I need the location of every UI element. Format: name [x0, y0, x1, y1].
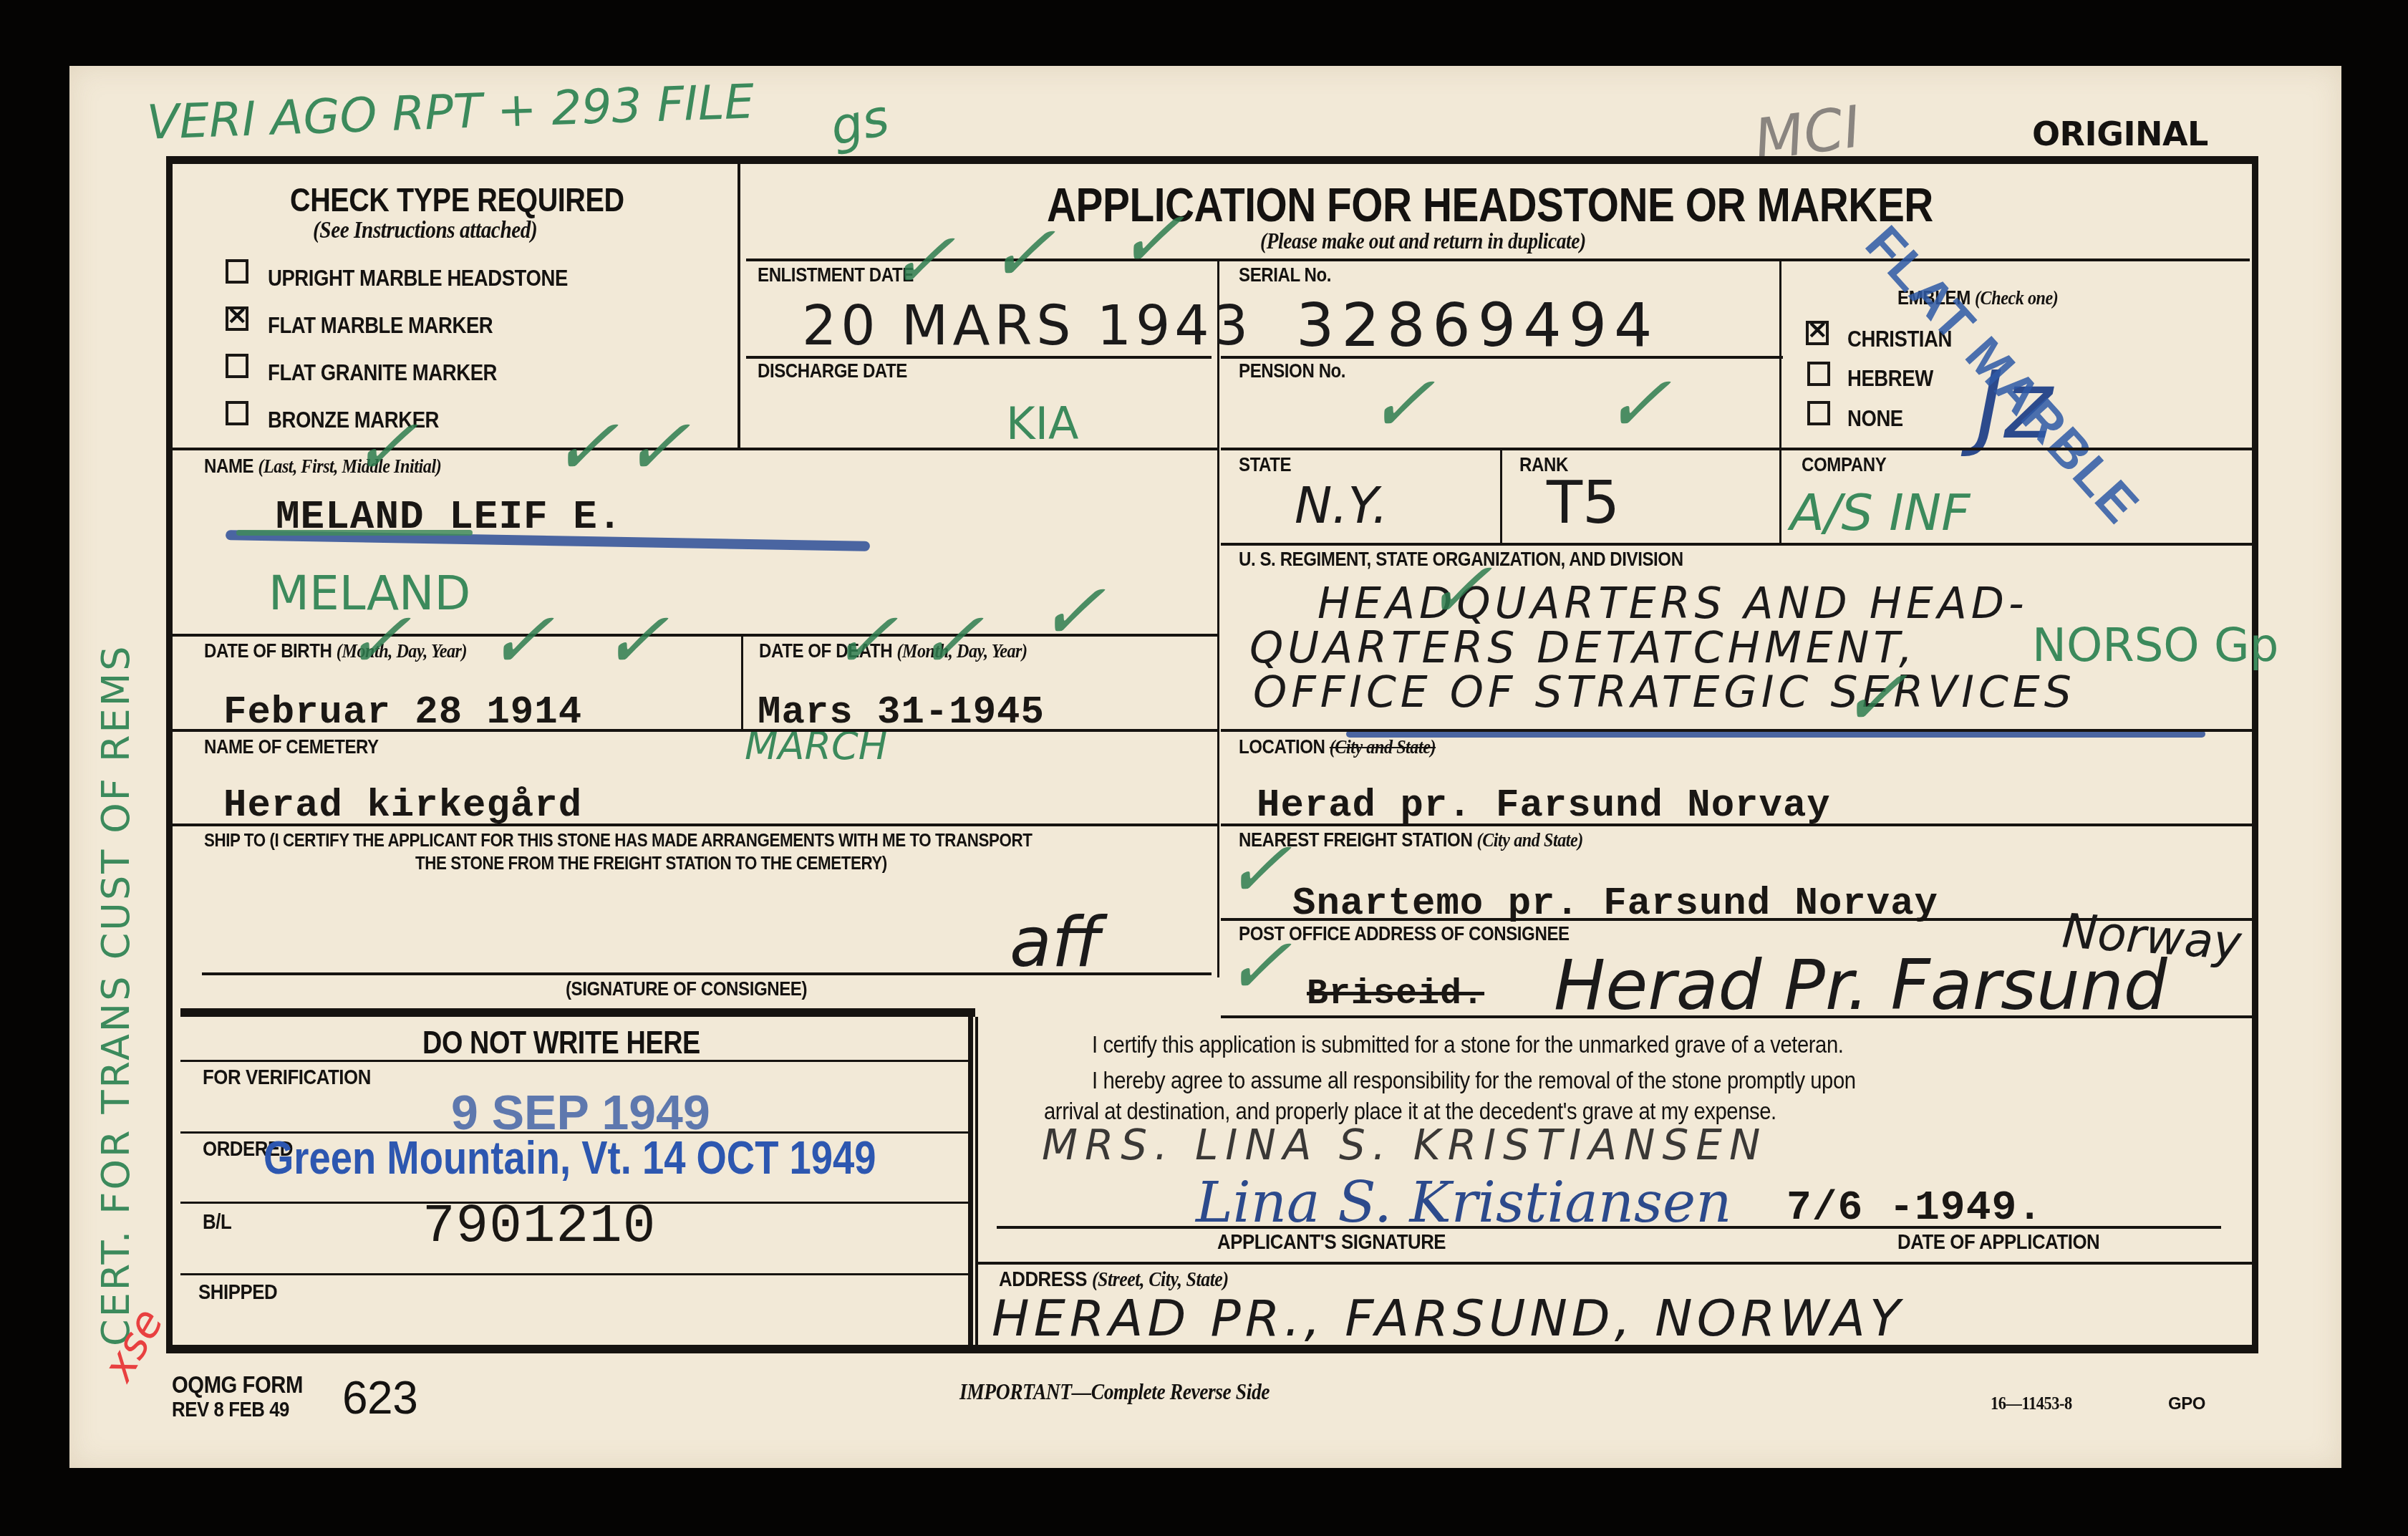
shipped-label: SHIPPED [198, 1280, 277, 1305]
serial-no-value: 32869494 [1296, 290, 1660, 360]
dob-value: Februar 28 1914 [223, 691, 582, 735]
regiment-line-2: QUARTERS DETATCHMENT, [1249, 623, 1917, 673]
divider-checktype-right [738, 164, 740, 448]
copy-label: ORIGINAL [2032, 115, 2208, 153]
state-label: STATE [1239, 453, 1291, 476]
company-value: A/S INF [1790, 483, 1970, 542]
address-top-line [975, 1262, 2253, 1265]
left-margin-note: CERT. FOR TRANS CUST OF REMS [93, 644, 138, 1346]
enlistment-date-value: 20 MARS 1943 [802, 294, 1252, 357]
checkbox-none[interactable] [1807, 401, 1830, 425]
name-strike-green [236, 530, 473, 536]
option-label: FLAT GRANITE MARKER [268, 359, 497, 386]
option-label: NONE [1847, 405, 1903, 432]
consignee-signature-label: (SIGNATURE OF CONSIGNEE) [566, 977, 807, 1000]
regiment-annotation: NORSO Gp [2032, 619, 2278, 672]
checkbox-flat-marble-marker[interactable] [226, 306, 248, 331]
col-divider-rank [1500, 450, 1502, 544]
check-type-heading: CHECK TYPE REQUIRED [290, 180, 624, 219]
row-divider-cemetery [173, 729, 1218, 732]
date-of-application-label: DATE OF APPLICATION [1897, 1230, 2099, 1255]
checkbox-christian[interactable] [1806, 321, 1829, 345]
form-id-line-1: OQMG FORM [172, 1371, 303, 1399]
bl-label: B/L [203, 1210, 231, 1235]
ordered-stamp: Green Mountain, Vt. 14 OCT 1949 [263, 1131, 876, 1184]
form-id-line-2: REV 8 FEB 49 [172, 1398, 289, 1422]
signature-line [997, 1226, 2221, 1229]
form-number: 623 [342, 1371, 417, 1424]
address-label: ADDRESS (Street, City, State) [999, 1267, 1229, 1292]
office-row-line-1 [180, 1060, 968, 1062]
company-label: COMPANY [1802, 453, 1886, 476]
address-value: HERAD PR., FARSUND, NORWAY [992, 1289, 1905, 1348]
date-of-application-value: 7/6 -1949. [1786, 1185, 2043, 1232]
discharge-date-value: KIA [1006, 397, 1078, 450]
location-value: Herad pr. Farsund Norvay [1257, 784, 1831, 828]
col-divider-dod [741, 637, 743, 730]
row-divider-regiment [1221, 543, 2252, 546]
col-divider-serial [1217, 261, 1219, 977]
checkbox-hebrew[interactable] [1807, 362, 1830, 386]
form-border-left [166, 156, 173, 1353]
cert-divider-left [975, 1017, 978, 1346]
top-left-initials: gs [825, 87, 894, 157]
form-border-right [2252, 156, 2258, 1353]
post-office-typed-value: Briseid. [1307, 974, 1484, 1015]
office-use-heading: DO NOT WRITE HERE [422, 1025, 700, 1061]
checkbox-flat-granite-marker[interactable] [226, 354, 248, 378]
form-subtitle: (Please make out and return in duplicate… [1260, 228, 1586, 254]
cemetery-value: Herad kirkegård [223, 784, 582, 828]
option-label: UPRIGHT MARBLE HEADSTONE [268, 265, 568, 291]
option-label: HEBREW [1847, 365, 1933, 392]
check-type-subheading: (See Instructions attached) [313, 216, 537, 244]
regiment-line-3: OFFICE OF STRATEGIC SERVICES [1253, 667, 2076, 718]
col-divider-emblem [1779, 261, 1781, 544]
discharge-date-label: DISCHARGE DATE [758, 359, 907, 382]
gpo-mark: GPO [2168, 1394, 2205, 1414]
ship-to-label-line1: SHIP TO (I CERTIFY THE APPLICANT FOR THI… [204, 829, 1032, 851]
important-note: IMPORTANT—Complete Reverse Side [959, 1378, 1270, 1405]
office-row-line-4 [180, 1273, 968, 1275]
consignee-signature: aff [1010, 902, 1101, 982]
certify-line-2: I hereby agree to assume all responsibil… [1092, 1067, 1856, 1095]
dob-label: DATE OF BIRTH (Month, Day, Year) [204, 639, 467, 663]
verification-label: FOR VERIFICATION [203, 1066, 371, 1090]
cemetery-label: NAME OF CEMETERY [204, 735, 379, 758]
serial-underline [1221, 356, 1783, 359]
pension-no-label: PENSION No. [1239, 359, 1345, 382]
print-code: 16—11453-8 [1991, 1393, 2072, 1414]
post-office-underline [1221, 1015, 2252, 1018]
form-border-top [166, 156, 2258, 164]
option-label: FLAT MARBLE MARKER [268, 312, 493, 339]
enlistment-underline [746, 356, 1212, 359]
bl-value: 7901210 [422, 1196, 656, 1257]
state-value: N.Y. [1295, 476, 1388, 535]
consignee-signature-line [202, 972, 1212, 975]
title-underline [746, 259, 2250, 261]
checkbox-bronze-marker[interactable] [226, 401, 248, 425]
location-label: LOCATION (City and State) [1239, 735, 1436, 759]
ship-to-label-line2: THE STONE FROM THE FREIGHT STATION TO TH… [415, 852, 887, 874]
serial-no-label: SERIAL No. [1239, 264, 1331, 286]
row-divider-location [1221, 729, 2252, 732]
checkbox-upright-marble-headstone[interactable] [226, 259, 248, 284]
cemetery-underline [173, 823, 1218, 826]
office-box-top [180, 1008, 975, 1017]
location-underline [1221, 823, 2252, 826]
applicant-printed-name: MRS. LINA S. KRISTIANSEN [1042, 1121, 1767, 1169]
applicant-signature-label: APPLICANT'S SIGNATURE [1217, 1230, 1446, 1255]
office-box-right [968, 1008, 973, 1345]
certify-line-1: I certify this application is submitted … [1092, 1031, 1843, 1059]
rank-value: T5 [1547, 469, 1620, 537]
